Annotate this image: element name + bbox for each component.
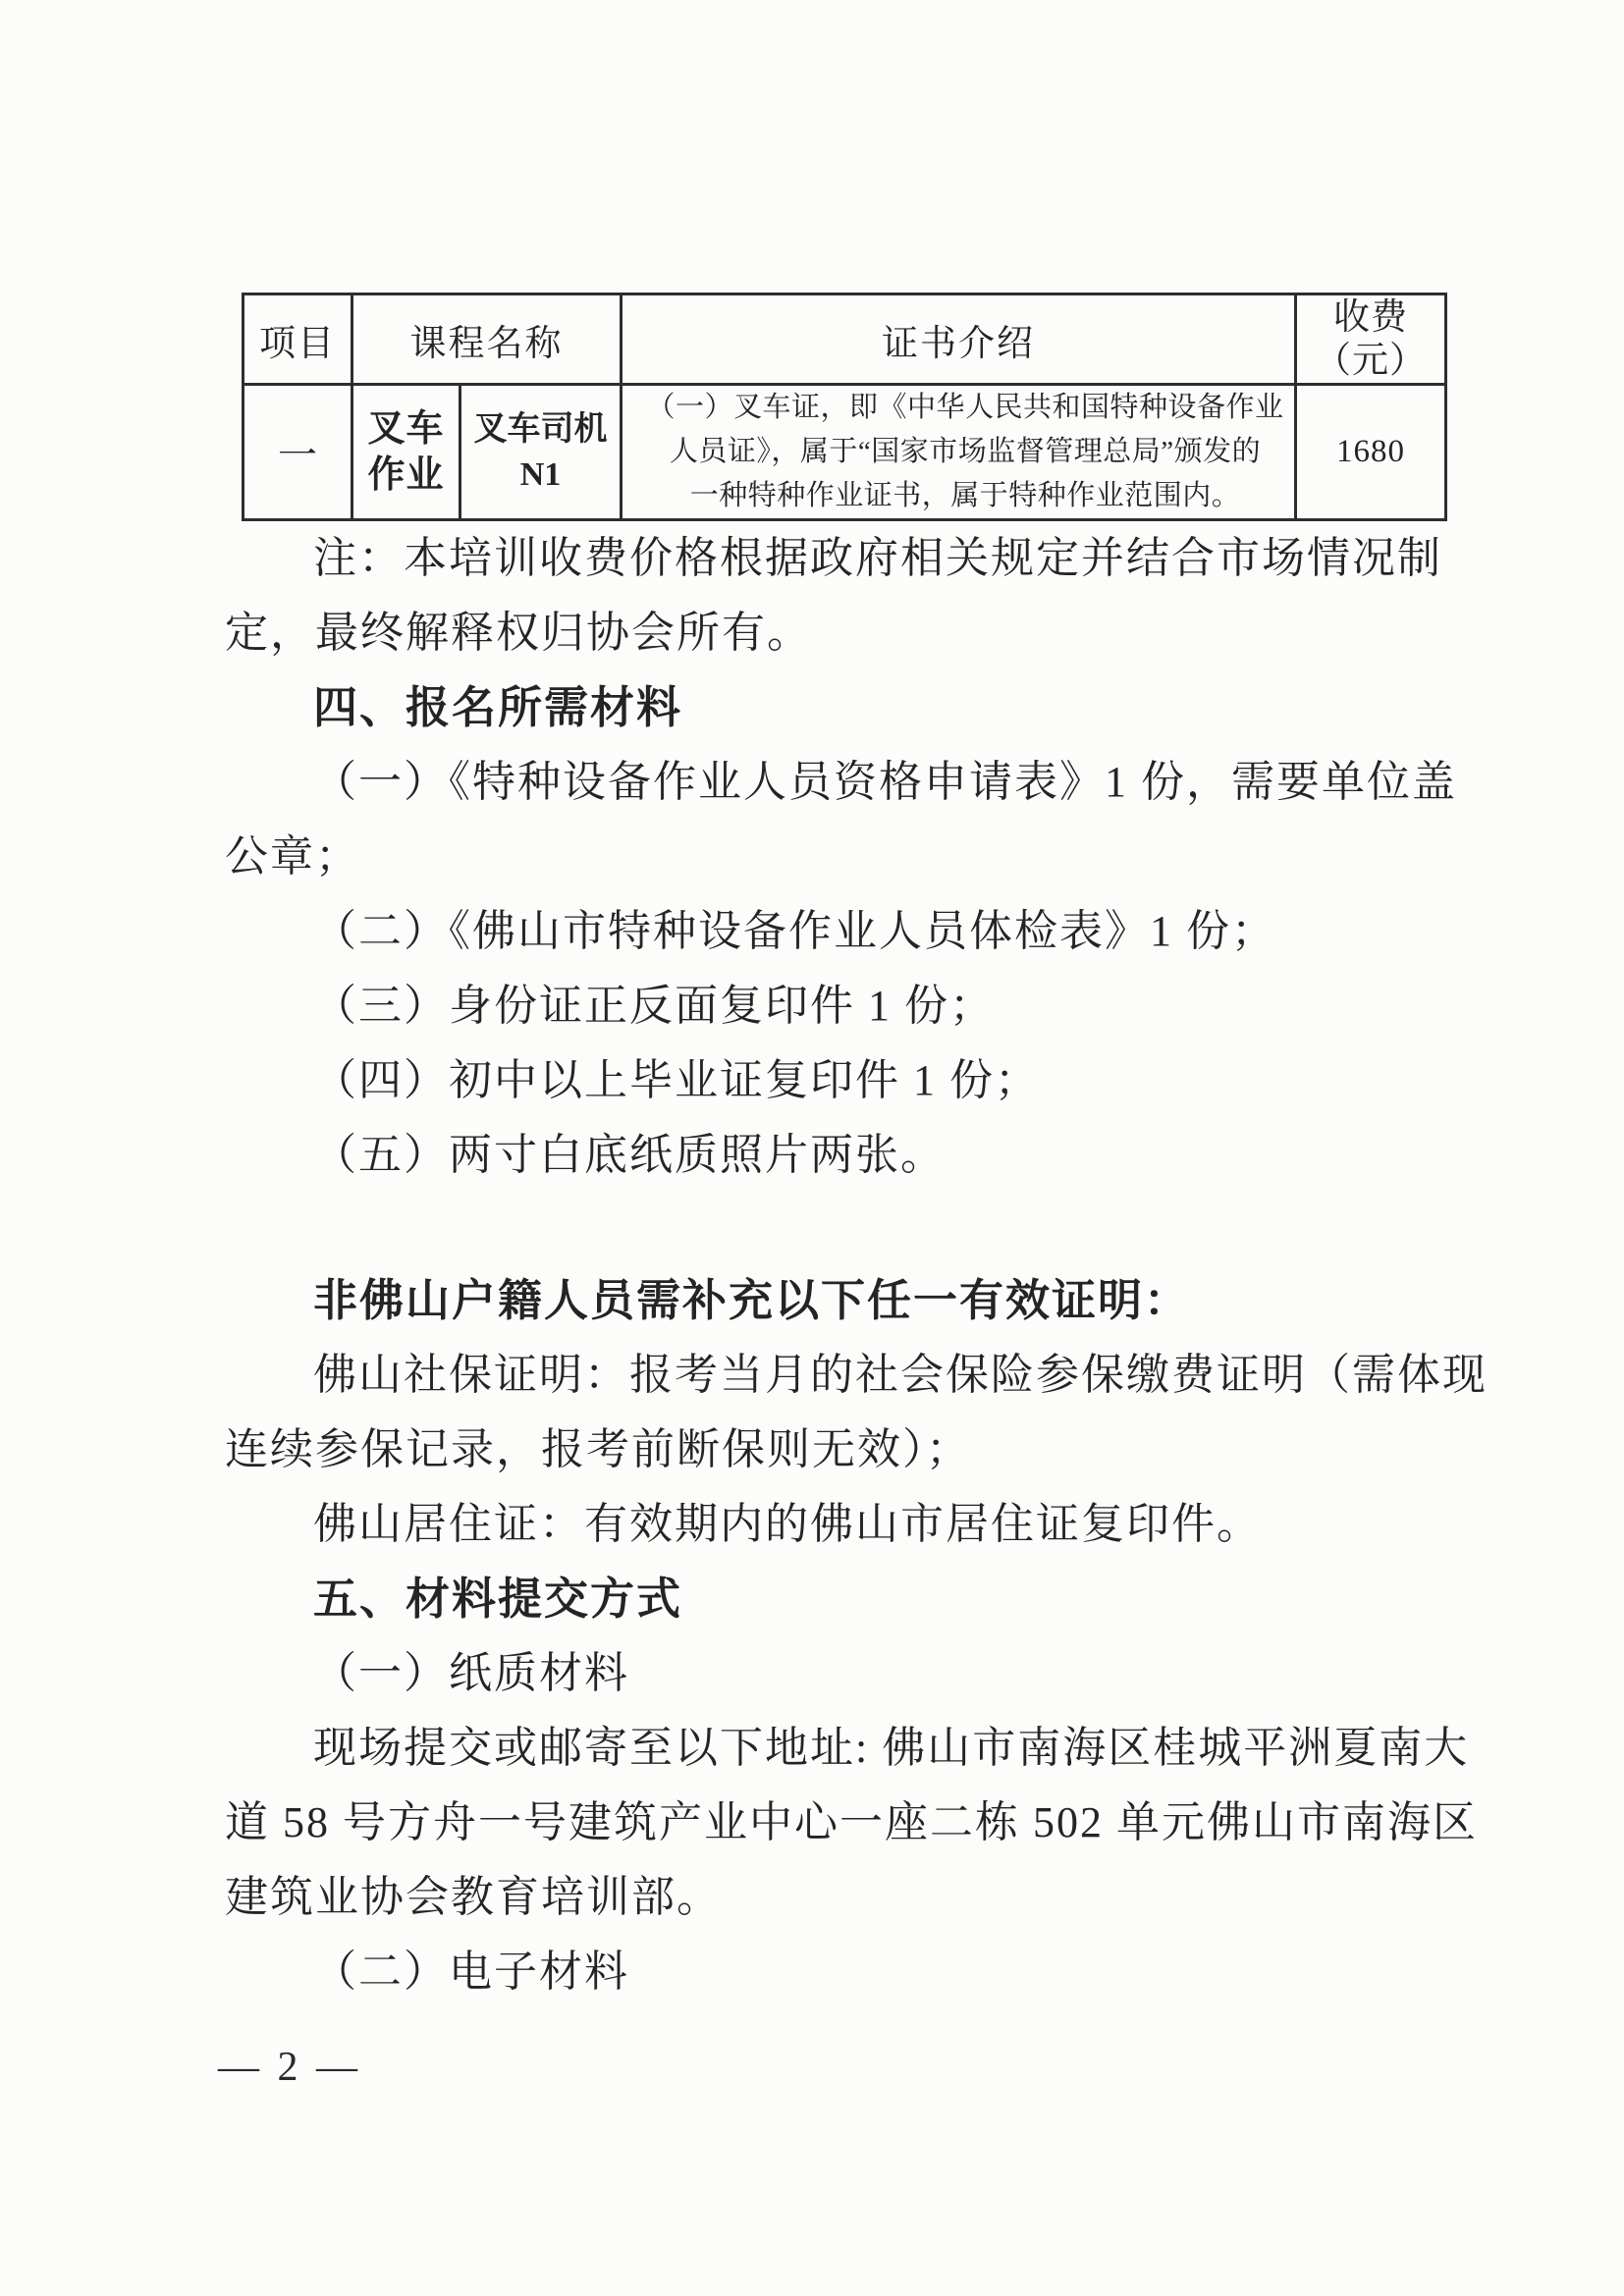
- body-line: （一）《特种设备作业人员资格申请表》1 份，需要单位盖: [225, 745, 1452, 820]
- header-item: 项目: [244, 294, 352, 385]
- body-line: （二）电子材料: [225, 1935, 1452, 2009]
- non-local-requirement-heading: 非佛山户籍人员需补充以下任一有效证明：: [225, 1263, 1452, 1338]
- body-line: 建筑业协会教育培训部。: [225, 1860, 1452, 1935]
- header-fee-line1: 收费: [1297, 296, 1444, 340]
- header-cert-intro: 证书介绍: [622, 294, 1296, 385]
- cell-fee-value: 1680: [1296, 385, 1446, 520]
- fee-table: 项目 课程名称 证书介绍 收费 （元） 一 叉车 作业 叉车司机 N1 （一）叉…: [242, 293, 1447, 521]
- scanned-document-page: 项目 课程名称 证书介绍 收费 （元） 一 叉车 作业 叉车司机 N1 （一）叉…: [0, 0, 1624, 2296]
- body-line: 定，最终解释权归协会所有。: [225, 596, 1452, 670]
- cell-course-line1: 叉车司机: [461, 407, 620, 453]
- cell-category: 叉车 作业: [352, 385, 460, 520]
- header-course-name: 课程名称: [352, 294, 622, 385]
- cell-course-line2: N1: [461, 453, 620, 498]
- cert-description-line3: 一种特种作业证书，属于特种作业范围内。: [623, 474, 1294, 518]
- body-line: （二）《佛山市特种设备作业人员体检表》1 份；: [225, 894, 1452, 969]
- body-line: 佛山居住证：有效期内的佛山市居住证复印件。: [225, 1487, 1452, 1562]
- document-body: 注：本培训收费价格根据政府相关规定并结合市场情况制 定，最终解释权归协会所有。 …: [225, 521, 1452, 2009]
- body-line: 公章；: [225, 820, 1452, 894]
- body-line: 道 58 号方舟一号建筑产业中心一座二栋 502 单元佛山市南海区: [225, 1786, 1452, 1860]
- body-line: 注：本培训收费价格根据政府相关规定并结合市场情况制: [225, 521, 1452, 596]
- cell-cert-description: （一）叉车证，即《中华人民共和国特种设备作业 人员证》，属于“国家市场监督管理总…: [622, 385, 1296, 520]
- page-number: — 2 —: [218, 2044, 361, 2091]
- header-fee-line2: （元）: [1297, 340, 1444, 383]
- body-line: 佛山社保证明：报考当月的社会保险参保缴费证明（需体现: [225, 1338, 1452, 1413]
- body-line: （四）初中以上毕业证复印件 1 份；: [225, 1043, 1452, 1118]
- body-line: （一）纸质材料: [225, 1636, 1452, 1711]
- fee-table-header-row: 项目 课程名称 证书介绍 收费 （元）: [244, 294, 1446, 385]
- fee-table-data-row: 一 叉车 作业 叉车司机 N1 （一）叉车证，即《中华人民共和国特种设备作业 人…: [244, 385, 1446, 520]
- cell-course: 叉车司机 N1: [460, 385, 622, 520]
- section-heading-5: 五、材料提交方式: [225, 1562, 1452, 1636]
- body-line: （五）两寸白底纸质照片两张。: [225, 1118, 1452, 1193]
- cell-row-index: 一: [244, 385, 352, 520]
- cert-description-line2: 人员证》，属于“国家市场监督管理总局”颁发的: [623, 430, 1294, 474]
- section-heading-4: 四、报名所需材料: [225, 670, 1452, 745]
- cell-category-line2: 作业: [353, 453, 459, 499]
- cert-description-line1: （一）叉车证，即《中华人民共和国特种设备作业: [623, 386, 1294, 430]
- body-line: （三）身份证正反面复印件 1 份；: [225, 969, 1452, 1043]
- body-line: 连续参保记录，报考前断保则无效）；: [225, 1413, 1452, 1487]
- body-line: 现场提交或邮寄至以下地址: 佛山市南海区桂城平洲夏南大: [225, 1711, 1452, 1786]
- cell-category-line1: 叉车: [353, 406, 459, 453]
- header-fee: 收费 （元）: [1296, 294, 1446, 385]
